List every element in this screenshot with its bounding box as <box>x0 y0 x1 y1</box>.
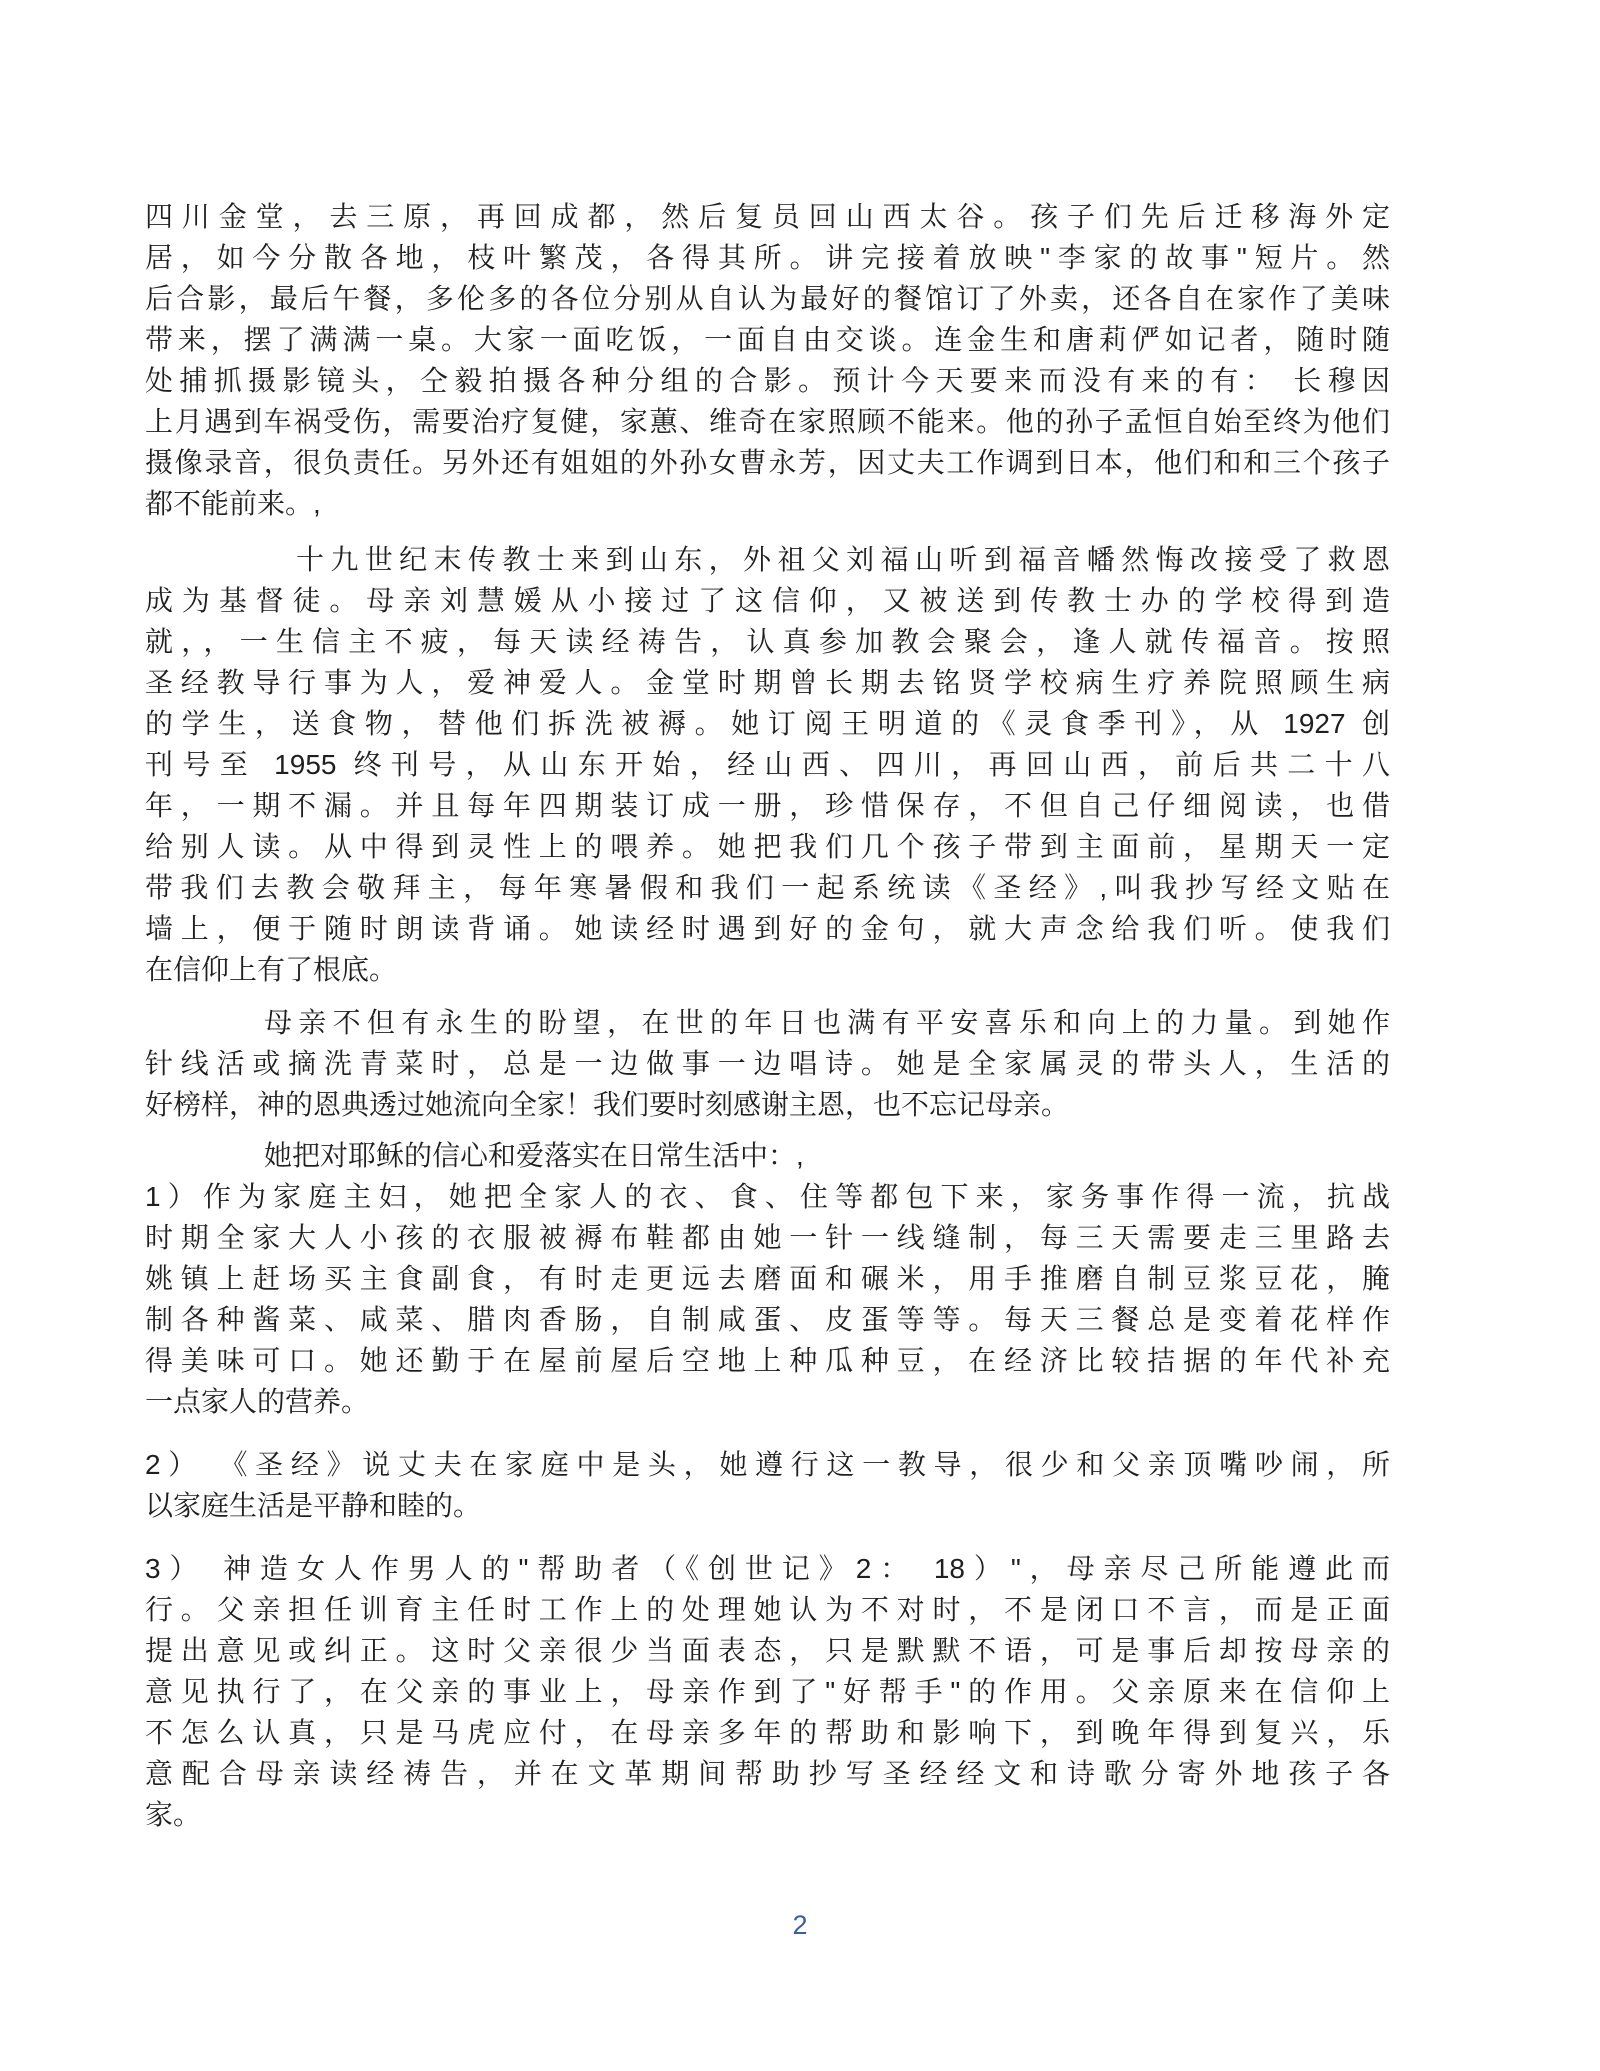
text-line: 意见执行了，在父亲的事业上，母亲作到了"好帮手"的作用。父亲原来在信仰上 <box>145 1671 1390 1712</box>
text-line: 针线活或摘洗青菜时，总是一边做事一边唱诗。她是全家属灵的带头人，生活的 <box>145 1043 1390 1084</box>
paragraph: 十九世纪末传教士来到山东，外祖父刘福山听到福音幡然悔改接受了救恩成为基督徒。母亲… <box>145 539 1390 990</box>
text-line: 居，如今分散各地，枝叶繁茂，各得其所。讲完接着放映"李家的故事"短片。然 <box>145 237 1390 278</box>
text-line: 好榜样，神的恩典透过她流向全家！我们要时刻感谢主恩，也不忘记母亲。 <box>145 1084 1390 1125</box>
text-line: 刊号至 1955 终刊号，从山东开始，经山西、四川，再回山西，前后共二十八 <box>145 744 1390 785</box>
text-line: 的学生，送食物，替他们拆洗被褥。她订阅王明道的《灵食季刊》，从 1927 创 <box>145 703 1390 744</box>
text-line: 时期全家大人小孩的衣服被褥布鞋都由她一针一线缝制，每三天需要走三里路去 <box>145 1217 1390 1258</box>
text-line: 给别人读。从中得到灵性上的喂养。她把我们几个孩子带到主面前，星期天一定 <box>145 826 1390 867</box>
text-line: 都不能前来。, <box>145 483 1390 524</box>
text-line: 四川金堂，去三原，再回成都，然后复员回山西太谷。孩子们先后迁移海外定 <box>145 196 1390 237</box>
text-line: 不怎么认真，只是马虎应付，在母亲多年的帮助和影响下，到晚年得到复兴，乐 <box>145 1712 1390 1753</box>
text-line: 一点家人的营养。 <box>145 1381 1390 1422</box>
text-line: 成为基督徒。母亲刘慧媛从小接过了这信仰，又被送到传教士办的学校得到造 <box>145 580 1390 621</box>
text-line: 带我们去教会敬拜主，每年寒暑假和我们一起系统读《圣经》,叫我抄写经文贴在 <box>145 867 1390 908</box>
paragraph: 2） 《圣经》说丈夫在家庭中是头，她遵行这一教导，很少和父亲顶嘴吵闹，所以家庭生… <box>145 1444 1390 1526</box>
text-line: 2） 《圣经》说丈夫在家庭中是头，她遵行这一教导，很少和父亲顶嘴吵闹，所 <box>145 1444 1390 1485</box>
text-line: 家。 <box>145 1794 1390 1835</box>
document-page: 四川金堂，去三原，再回成都，然后复员回山西太谷。孩子们先后迁移海外定居，如今分散… <box>145 196 1390 1835</box>
text-line: 摄像录音，很负责任。另外还有姐姐的外孙女曹永芳，因丈夫工作调到日本，他们和和三个… <box>145 442 1390 483</box>
text-line: 后合影，最后午餐，多伦多的各位分别从自认为最好的餐馆订了外卖，还各自在家作了美味 <box>145 278 1390 319</box>
text-line: 制各种酱菜、咸菜、腊肉香肠，自制咸蛋、皮蛋等等。每天三餐总是变着花样作 <box>145 1299 1390 1340</box>
text-line: 带来，摆了满满一桌。大家一面吃饭，一面自由交谈。连金生和唐莉俨如记者，随时随 <box>145 319 1390 360</box>
paragraph: 1）作为家庭主妇，她把全家人的衣、食、住等都包下来，家务事作得一流，抗战时期全家… <box>145 1176 1390 1422</box>
text-line: 墙上，便于随时朗读背诵。她读经时遇到好的金句，就大声念给我们听。使我们 <box>145 908 1390 949</box>
text-line: 得美味可口。她还勤于在屋前屋后空地上种瓜种豆，在经济比较拮据的年代补充 <box>145 1340 1390 1381</box>
text-line: 圣经教导行事为人，爱神爱人。金堂时期曾长期去铭贤学校病生疗养院照顾生病 <box>145 662 1390 703</box>
page-number: 2 <box>0 1908 1600 1942</box>
text-line: 母亲不但有永生的盼望，在世的年日也满有平安喜乐和向上的力量。到她作 <box>145 1002 1390 1043</box>
text-line: 年，一期不漏。并且每年四期装订成一册，珍惜保存，不但自己仔细阅读，也借 <box>145 785 1390 826</box>
text-line: 在信仰上有了根底。 <box>145 949 1390 990</box>
paragraph: 她把对耶稣的信心和爱落实在日常生活中：, <box>145 1135 1390 1176</box>
paragraph: 母亲不但有永生的盼望，在世的年日也满有平安喜乐和向上的力量。到她作针线活或摘洗青… <box>145 1002 1390 1125</box>
text-line: 3） 神造女人作男人的"帮助者（《创世记》2： 18）"，母亲尽己所能遵此而 <box>145 1548 1390 1589</box>
text-line: 就，，一生信主不疲，每天读经祷告，认真参加教会聚会，逢人就传福音。按照 <box>145 621 1390 662</box>
paragraph: 3） 神造女人作男人的"帮助者（《创世记》2： 18）"，母亲尽己所能遵此而行。… <box>145 1548 1390 1835</box>
text-line: 处捕抓摄影镜头，仝毅拍摄各种分组的合影。预计今天要来而没有来的有： 长穆因 <box>145 360 1390 401</box>
text-line: 上月遇到车祸受伤，需要治疗复健，家蕙、维奇在家照顾不能来。他的孙子孟恒自始至终为… <box>145 401 1390 442</box>
text-line: 提出意见或纠正。这时父亲很少当面表态，只是默默不语，可是事后却按母亲的 <box>145 1630 1390 1671</box>
text-line: 1）作为家庭主妇，她把全家人的衣、食、住等都包下来，家务事作得一流，抗战 <box>145 1176 1390 1217</box>
text-line: 行。父亲担任训育主任时工作上的处理她认为不对时，不是闭口不言，而是正面 <box>145 1589 1390 1630</box>
paragraph: 四川金堂，去三原，再回成都，然后复员回山西太谷。孩子们先后迁移海外定居，如今分散… <box>145 196 1390 524</box>
text-line: 意配合母亲读经祷告，并在文革期间帮助抄写圣经经文和诗歌分寄外地孩子各 <box>145 1753 1390 1794</box>
text-line: 以家庭生活是平静和睦的。 <box>145 1485 1390 1526</box>
text-line: 她把对耶稣的信心和爱落实在日常生活中：, <box>145 1135 1390 1176</box>
text-line: 姚镇上赶场买主食副食，有时走更远去磨面和碾米，用手推磨自制豆浆豆花，腌 <box>145 1258 1390 1299</box>
text-line: 十九世纪末传教士来到山东，外祖父刘福山听到福音幡然悔改接受了救恩 <box>145 539 1390 580</box>
